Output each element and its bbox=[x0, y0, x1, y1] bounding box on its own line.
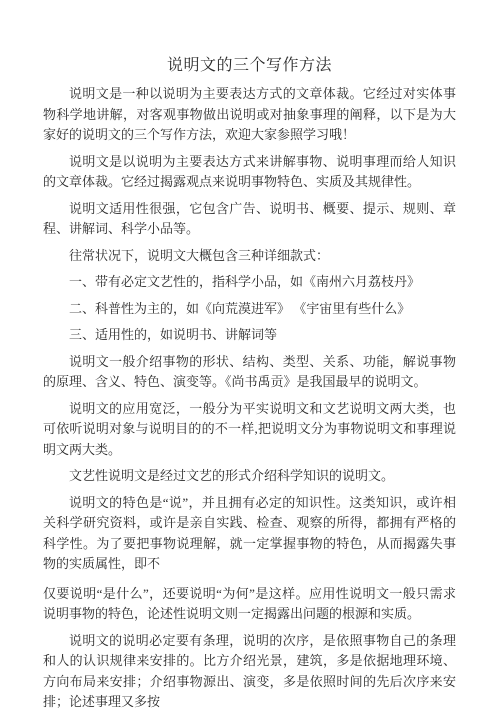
list-item-2: 二、科普性为主的，如《向荒漠进军》 《宇宙里有些什么》 bbox=[43, 299, 456, 320]
paragraph-characteristics: 说明文的特色是“说”，并且拥有必定的知识性。这类知识，或许相关科学研究资料，或许… bbox=[43, 493, 456, 575]
paragraph-order: 说明文的说明必定要有条理，说明的次序，是依照事物自己的条理和人的认识规律来安排的… bbox=[43, 631, 456, 708]
paragraph-applicability: 说明文适用性很强，它包含广告、说明书、概要、提示、规则、章程、讲解词、科学小品等… bbox=[43, 199, 456, 240]
document-title: 说明文的三个写作方法 bbox=[43, 52, 456, 75]
paragraph-classification: 说明文的应用宽泛，一般分为平实说明文和文艺说明文两大类，也可依听说明对象与说明目… bbox=[43, 399, 456, 461]
list-item-1: 一、带有必定文艺性的，指科学小品，如《南州六月荔枝丹》 bbox=[43, 272, 456, 293]
paragraph-definition: 说明文是以说明为主要表达方式来讲解事物、说明事理而给人知识的文章体裁。它经过揭露… bbox=[43, 152, 456, 193]
paragraph-literary-definition: 文艺性说明文是经过文艺的形式介绍科学知识的说明文。 bbox=[43, 466, 456, 487]
paragraph-characteristics-continued: 仅要说明“是什么”，还要说明“为何”是这样。应用性说明文一般只需求说明事物的特色… bbox=[43, 584, 456, 625]
list-item-3: 三、适用性的，如说明书、讲解词等 bbox=[43, 325, 456, 346]
document-page: 说明文的三个写作方法 说明文是一种以说明为主要表达方式的文章体裁。它经过对实体事… bbox=[0, 0, 500, 708]
paragraph-intro: 说明文是一种以说明为主要表达方式的文章体裁。它经过对实体事物科学地讲解，对客观事… bbox=[43, 84, 456, 146]
document-body: 说明文是一种以说明为主要表达方式的文章体裁。它经过对实体事物科学地讲解，对客观事… bbox=[43, 84, 456, 708]
paragraph-three-styles-lead: 往常状况下，说明文大概包含三种详细款式： bbox=[43, 246, 456, 267]
paragraph-content-scope: 说明文一般介绍事物的形状、结构、类型、关系、功能，解说事物的原理、含义、特色、演… bbox=[43, 352, 456, 393]
